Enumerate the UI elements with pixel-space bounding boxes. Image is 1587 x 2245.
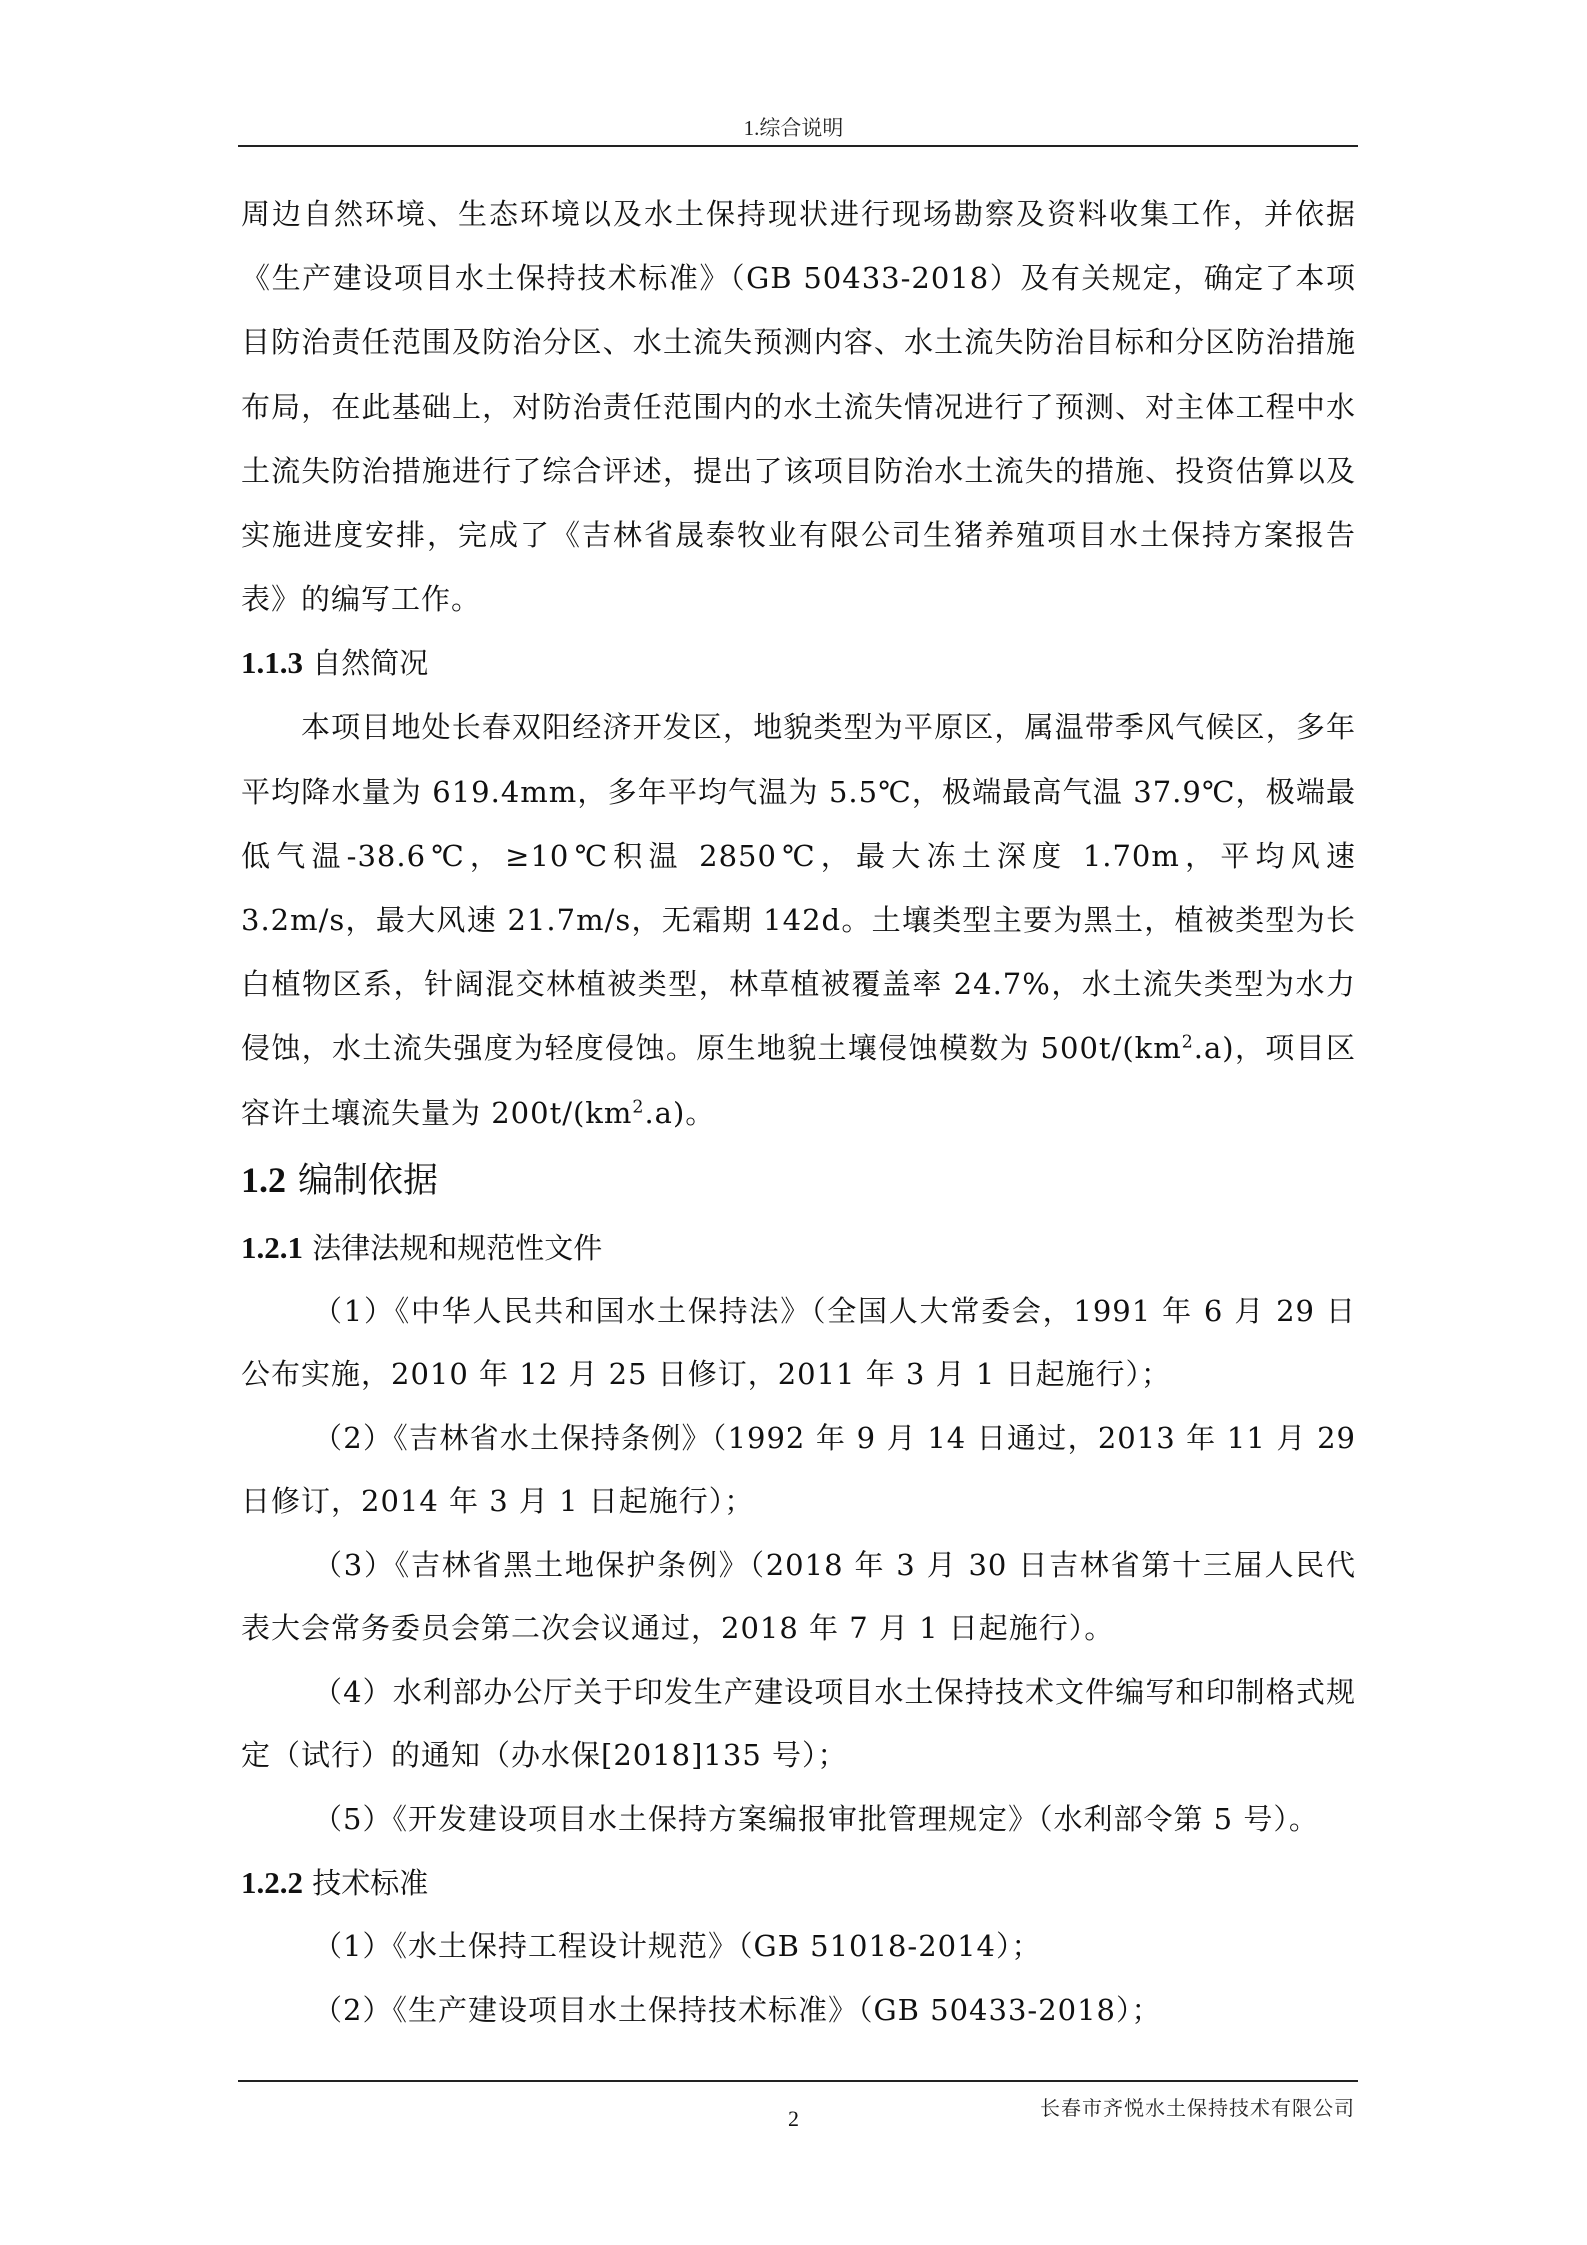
list-item: （1）《中华人民共和国水土保持法》（全国人大常委会，1991 年 6 月 29 … (241, 1280, 1356, 1407)
footer-divider (238, 2080, 1358, 2082)
section-heading-1-2-1: 1.2.1 法律法规和规范性文件 (241, 1216, 1356, 1280)
section-number: 1.2.2 (241, 1865, 303, 1900)
list-item: （3）《吉林省黑土地保护条例》（2018 年 3 月 30 日吉林省第十三届人民… (241, 1534, 1356, 1661)
section-title: 法律法规和规范性文件 (312, 1231, 602, 1265)
natural-conditions-paragraph: 本项目地处长春双阳经济开发区，地貌类型为平原区，属温带季风气候区，多年平均降水量… (241, 695, 1356, 1144)
header-title: 1.综合说明 (0, 112, 1587, 142)
list-item: （1）《水土保持工程设计规范》（GB 51018-2014）； (241, 1915, 1356, 1979)
section-title: 自然简况 (312, 646, 428, 680)
page-content: 周边自然环境、生态环境以及水土保持现状进行现场勘察及资料收集工作，并依据《生产建… (241, 182, 1356, 2042)
section-number: 1.2.1 (241, 1230, 303, 1265)
list-item: （2）《吉林省水土保持条例》（1992 年 9 月 14 日通过，2013 年 … (241, 1407, 1356, 1534)
list-item: （2）《生产建设项目水土保持技术标准》（GB 50433-2018）； (241, 1979, 1356, 2043)
section-title: 编制依据 (298, 1161, 438, 1201)
superscript: 2 (1182, 1033, 1194, 1053)
section-title: 技术标准 (312, 1866, 428, 1900)
section-heading-1-2: 1.2编制依据 (241, 1145, 1356, 1216)
page-number: 2 (0, 2106, 1587, 2132)
intro-paragraph: 周边自然环境、生态环境以及水土保持现状进行现场勘察及资料收集工作，并依据《生产建… (241, 182, 1356, 631)
paragraph-text: 本项目地处长春双阳经济开发区，地貌类型为平原区，属温带季风气候区，多年平均降水量… (241, 710, 1356, 1065)
paragraph-text: .a)。 (644, 1096, 715, 1130)
section-heading-1-2-2: 1.2.2 技术标准 (241, 1851, 1356, 1915)
section-number: 1.2 (241, 1160, 286, 1200)
header-divider (238, 145, 1358, 147)
section-heading-1-1-3: 1.1.3 自然简况 (241, 631, 1356, 695)
superscript: 2 (632, 1097, 644, 1117)
list-item: （4）水利部办公厅关于印发生产建设项目水土保持技术文件编写和印制格式规定（试行）… (241, 1661, 1356, 1788)
list-item: （5）《开发建设项目水土保持方案编报审批管理规定》（水利部令第 5 号）。 (241, 1788, 1356, 1852)
section-number: 1.1.3 (241, 645, 303, 680)
